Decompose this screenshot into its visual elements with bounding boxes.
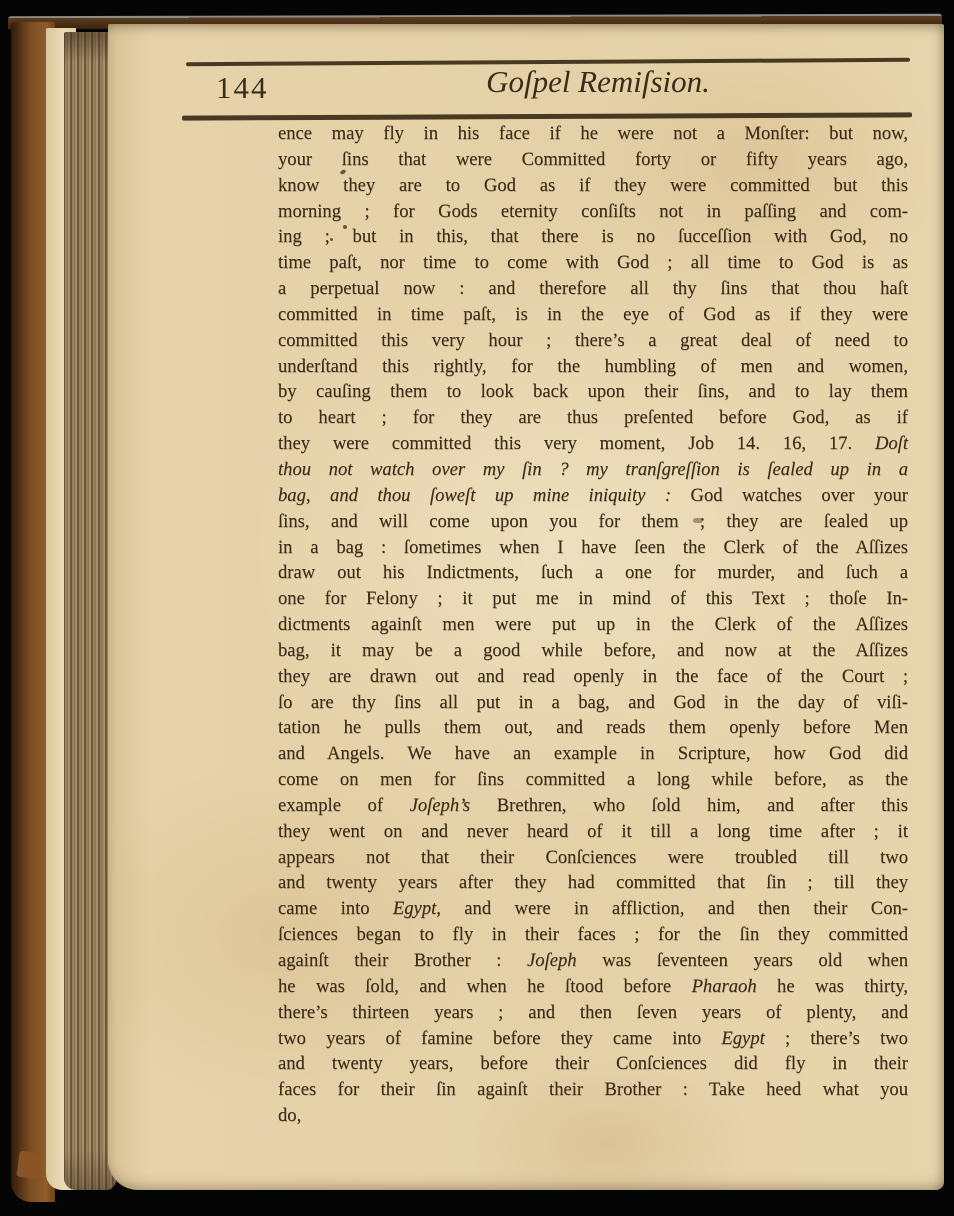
text-segment: he was thirty, (757, 976, 908, 997)
page-stain (693, 518, 703, 523)
text-line: come on men for ſins committed a long wh… (278, 767, 908, 793)
text-segment: time paſt, nor time to come with God ; a… (278, 252, 908, 273)
text-segment: God watches over your (691, 485, 908, 506)
text-line: appears not that their Conſciences were … (278, 845, 908, 871)
ink-speck (343, 225, 347, 229)
text-segment: draw out his Indictments, ſuch a one for… (278, 562, 908, 583)
text-line: your ſins that were Committed forty or f… (278, 147, 908, 173)
text-line: and twenty years, before their Conſcienc… (278, 1051, 908, 1077)
italic-text-segment: Pharaoh (692, 976, 757, 997)
text-line: and twenty years after they had committe… (278, 870, 908, 896)
text-segment: came into (278, 898, 393, 919)
text-segment: come on men for ſins committed a long wh… (278, 769, 908, 790)
text-line: morning ; for Gods eternity conſiſts not… (278, 199, 908, 225)
text-segment: was ſeventeen years old when (577, 950, 908, 971)
text-segment: faces for their ſin againſt their Brothe… (278, 1079, 908, 1100)
text-segment: there’s thirteen years ; and then ſeven … (278, 1002, 908, 1023)
text-line: a perpetual now : and therefore all thy … (278, 276, 908, 302)
header-rule-bottom (182, 112, 912, 120)
text-segment: ſo are thy ſins all put in a bag, and Go… (278, 692, 908, 713)
italic-text-segment: thou not watch over my ſin ? my tranſgre… (278, 459, 908, 480)
italic-text-segment: Doſt (875, 433, 908, 454)
text-segment: by cauſing them to look back upon their … (278, 381, 908, 402)
italic-text-segment: bag, and thou ſoweſt up mine iniquity : (278, 485, 691, 506)
text-line: he was ſold, and when he ſtood before Ph… (278, 974, 908, 1000)
text-segment: example of (278, 795, 410, 816)
italic-text-segment: Joſeph’s (410, 795, 471, 816)
text-line: bag, and thou ſoweſt up mine iniquity : … (278, 483, 908, 509)
text-segment: one for Felony ; it put me in mind of th… (278, 588, 908, 609)
text-segment: they went on and never heard of it till … (278, 821, 908, 842)
text-segment: your ſins that were Committed forty or f… (278, 149, 908, 170)
text-segment: ; there’s two (765, 1028, 908, 1049)
text-segment: ence may fly in his face if he were not … (278, 123, 908, 144)
text-line: one for Felony ; it put me in mind of th… (278, 586, 908, 612)
italic-text-segment: Joſeph (527, 950, 577, 971)
text-line: in a bag : ſometimes when I have ſeen th… (278, 535, 908, 561)
text-segment: Brethren, who ſold him, and after this (470, 795, 908, 816)
text-segment: in a bag : ſometimes when I have ſeen th… (278, 537, 908, 558)
book-cover-corner (16, 1151, 41, 1180)
text-line: ence may fly in his face if he were not … (278, 121, 908, 147)
text-segment: and twenty years after they had committe… (278, 872, 908, 893)
text-segment: they are drawn out and read openly in th… (278, 666, 908, 687)
text-segment: know they are to God as if they were com… (278, 175, 908, 196)
text-line: came into Egypt, and were in affliction,… (278, 896, 908, 922)
text-line: to heart ; for they are thus preſented b… (278, 405, 908, 431)
text-segment: morning ; for Gods eternity conſiſts not… (278, 201, 908, 222)
text-segment: underſtand this rightly, for the humblin… (278, 356, 908, 377)
book-page: 144 Goſpel Remiſsion. ence may fly in hi… (108, 24, 944, 1190)
text-segment: and Angels. We have an example in Script… (278, 743, 908, 764)
text-line: know they are to God as if they were com… (278, 173, 908, 199)
text-block: ence may fly in his face if he were not … (278, 121, 908, 1129)
text-line: thou not watch over my ſin ? my tranſgre… (278, 457, 908, 483)
text-line: by cauſing them to look back upon their … (278, 379, 908, 405)
text-segment: bag, it may be a good while before, and … (278, 640, 908, 661)
text-segment: ſins, and will come upon you for them ; … (278, 511, 908, 532)
text-segment: committed this very hour ; there’s a gre… (278, 330, 908, 351)
text-segment: dictments againſt men were put up in the… (278, 614, 908, 635)
text-segment: they were committed this very moment, Jo… (278, 433, 875, 454)
catchword: do, (278, 1103, 908, 1129)
text-line: againſt their Brother : Joſeph was ſeven… (278, 948, 908, 974)
text-segment: ing ; but in this, that there is no ſucc… (278, 226, 908, 247)
ink-speck (330, 238, 333, 241)
text-segment: committed in time paſt, is in the eye of… (278, 304, 908, 325)
italic-text-segment: Egypt (393, 898, 436, 919)
text-line: time paſt, nor time to come with God ; a… (278, 250, 908, 276)
text-lines: ence may fly in his face if he were not … (278, 121, 908, 1103)
text-line: they went on and never heard of it till … (278, 819, 908, 845)
text-line: example of Joſeph’s Brethren, who ſold h… (278, 793, 908, 819)
text-line: faces for their ſin againſt their Brothe… (278, 1077, 908, 1103)
text-line: committed in time paſt, is in the eye of… (278, 302, 908, 328)
text-line: ſo are thy ſins all put in a bag, and Go… (278, 690, 908, 716)
text-segment: appears not that their Conſciences were … (278, 847, 908, 868)
text-segment: to heart ; for they are thus preſented b… (278, 407, 908, 428)
text-segment: a perpetual now : and therefore all thy … (278, 278, 908, 299)
text-line: and Angels. We have an example in Script… (278, 741, 908, 767)
book-photo: 144 Goſpel Remiſsion. ence may fly in hi… (0, 0, 954, 1216)
text-segment: tation he pulls them out, and reads them… (278, 717, 908, 738)
text-line: two years of famine before they came int… (278, 1026, 908, 1052)
text-line: ſins, and will come upon you for them ; … (278, 509, 908, 535)
page-number: 144 (216, 70, 269, 106)
text-segment: two years of famine before they came int… (278, 1028, 721, 1049)
running-title: Goſpel Remiſsion. (396, 64, 800, 100)
text-line: tation he pulls them out, and reads them… (278, 715, 908, 741)
italic-text-segment: Egypt (721, 1028, 764, 1049)
text-line: dictments againſt men were put up in the… (278, 612, 908, 638)
text-segment: ſciences began to fly in their faces ; f… (278, 924, 908, 945)
text-segment: againſt their Brother : (278, 950, 527, 971)
text-line: draw out his Indictments, ſuch a one for… (278, 560, 908, 586)
text-segment: and twenty years, before their Conſcienc… (278, 1053, 908, 1074)
text-segment: he was ſold, and when he ſtood before (278, 976, 692, 997)
text-line: underſtand this rightly, for the humblin… (278, 354, 908, 380)
text-line: committed this very hour ; there’s a gre… (278, 328, 908, 354)
text-line: there’s thirteen years ; and then ſeven … (278, 1000, 908, 1026)
text-line: ing ; but in this, that there is no ſucc… (278, 224, 908, 250)
text-line: they are drawn out and read openly in th… (278, 664, 908, 690)
text-line: ſciences began to fly in their faces ; f… (278, 922, 908, 948)
text-line: they were committed this very moment, Jo… (278, 431, 908, 457)
text-line: bag, it may be a good while before, and … (278, 638, 908, 664)
text-segment: , and were in affliction, and then their… (436, 898, 908, 919)
